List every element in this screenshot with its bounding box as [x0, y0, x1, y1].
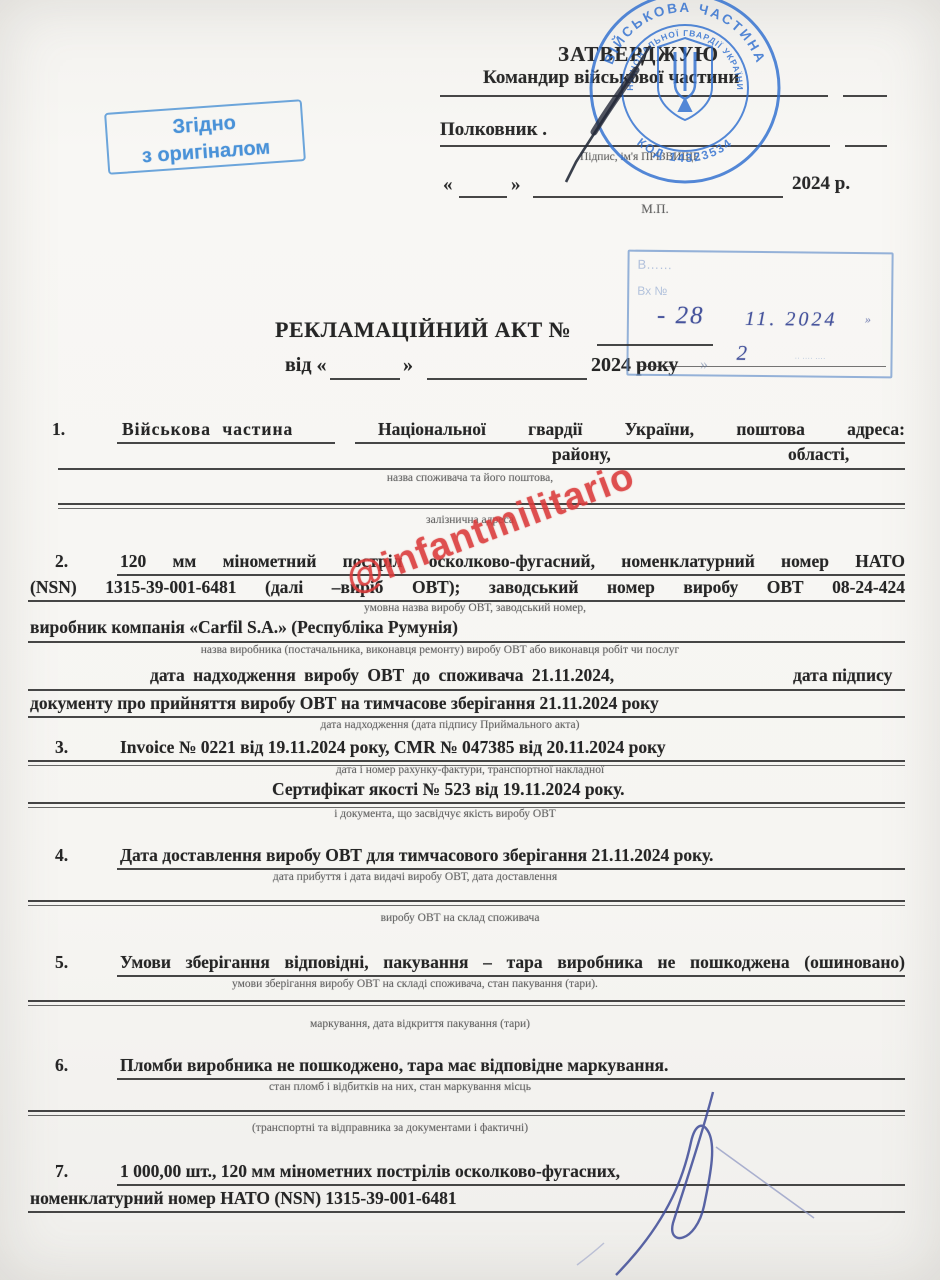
- handwritten-count: 2: [736, 341, 747, 366]
- handwritten-mark: »: [865, 312, 871, 327]
- title-quote-close: »: [403, 354, 413, 377]
- trident-emblem-icon: [658, 38, 712, 120]
- item4-line1: Дата доставлення виробу ОВТ для тимчасов…: [120, 845, 713, 866]
- item2-line4a: дата надходження виробу ОВТ до споживача…: [150, 665, 614, 686]
- rule-line: [640, 366, 886, 367]
- rule-line: [117, 1184, 905, 1186]
- double-rule: [28, 1110, 905, 1116]
- item7-line1: 1 000,00 шт., 120 мм мінометних пострілі…: [120, 1161, 620, 1182]
- stamp-faint-line1: В……: [637, 257, 672, 272]
- date-quote-close: »: [511, 174, 521, 196]
- rule-line: [28, 716, 905, 718]
- stamp-faint-line2: Вх №: [637, 284, 667, 298]
- item7-number: 7.: [55, 1161, 68, 1182]
- double-rule: [28, 1000, 905, 1006]
- document-title: РЕКЛАМАЦІЙНИЙ АКТ №: [275, 317, 571, 343]
- rule-line: [845, 145, 887, 147]
- stamp-tiny-text: ·· ···· ····: [794, 353, 825, 362]
- item6-caption1: стан пломб і відбитків на них, стан марк…: [250, 1081, 550, 1093]
- item5-number: 5.: [55, 952, 68, 973]
- item6-line1: Пломби виробника не пошкоджено, тара має…: [120, 1055, 668, 1076]
- item2-line3: виробник компанія «Carfil S.A.» (Республ…: [30, 617, 458, 638]
- item2-caption3: дата надходження (дата підпису Приймальн…: [280, 719, 620, 731]
- item2-line5: документу про прийняття виробу ОВТ на ти…: [30, 693, 659, 714]
- rule-line: [117, 574, 905, 576]
- item4-caption1: дата прибуття і дата видачі виробу ОВТ, …: [200, 871, 630, 883]
- rule-line: [330, 378, 400, 380]
- item1-part1: Військова частина: [122, 419, 293, 440]
- rule-line: [117, 442, 335, 444]
- item2-line4b: дата підпису: [793, 665, 892, 686]
- item3-line1: Invoice № 0221 від 19.11.2024 року, CMR …: [120, 737, 666, 758]
- handwritten-date: 11. 2024: [745, 308, 838, 332]
- title-from-word: від «: [285, 354, 326, 377]
- item2-line2: (NSN) 1315-39-001-6481 (далі –виріб ОВТ)…: [30, 577, 905, 598]
- item6-caption2: (транспортні та відправника за документа…: [180, 1122, 600, 1134]
- item2-caption1: умовна назва виробу ОВТ, заводський номе…: [300, 602, 650, 614]
- round-unit-seal: ВІЙСЬКОВА ЧАСТИНА НАЦІОНАЛЬНОЇ ГВАРДІЇ У…: [535, 0, 835, 238]
- item2-number: 2.: [55, 551, 68, 572]
- item1-part3: району,: [552, 444, 611, 465]
- rule-line: [597, 344, 713, 346]
- rule-line: [117, 1078, 905, 1080]
- item1-number: 1.: [52, 419, 65, 440]
- certified-copy-stamp: Згідно з оригіналом: [104, 99, 306, 175]
- item6-number: 6.: [55, 1055, 68, 1076]
- rule-line: [427, 378, 587, 380]
- item3-number: 3.: [55, 737, 68, 758]
- handwritten-act-number: - 28: [657, 302, 705, 330]
- rule-line: [28, 641, 905, 643]
- item3-caption1: дата і номер рахунку-фактури, транспортн…: [280, 764, 660, 776]
- rank-line: Полковник .: [440, 119, 547, 141]
- item5-caption1: умови зберігання виробу ОВТ на складі сп…: [205, 978, 625, 990]
- item4-number: 4.: [55, 845, 68, 866]
- item3-line2: Сертифікат якості № 523 від 19.11.2024 р…: [272, 779, 625, 800]
- rule-line: [843, 95, 887, 97]
- item3-caption2: і документа, що засвідчує якість виробу …: [270, 808, 620, 820]
- item4-caption2: виробу ОВТ на склад споживача: [310, 912, 610, 924]
- rule-line: [117, 975, 905, 977]
- double-rule: [28, 900, 905, 906]
- title-trail-mark: »: [700, 356, 708, 374]
- rule-line: [28, 1211, 905, 1213]
- rule-line: [117, 868, 905, 870]
- rule-line: [28, 689, 905, 691]
- item1-part2: Національної гвардії України, поштова ад…: [378, 419, 905, 440]
- item2-line1: 120 мм мінометний постріл осколково-фуга…: [120, 551, 905, 572]
- item2-caption2: назва виробника (постачальника, виконавц…: [70, 644, 810, 656]
- rule-line: [459, 196, 507, 198]
- item1-part4: області,: [788, 444, 849, 465]
- date-quote-open: «: [443, 174, 453, 196]
- item7-line2: номенклатурний номер НАТО (NSN) 1315-39-…: [30, 1188, 457, 1209]
- item5-line1: Умови зберігання відповідні, пакування –…: [120, 952, 905, 973]
- rule-line: [58, 468, 905, 470]
- item5-caption2: маркування, дата відкриття пакування (та…: [280, 1018, 560, 1030]
- scanned-document-page: Згідно з оригіналом ЗАТВЕРДЖУЮ Командир …: [0, 0, 940, 1280]
- incoming-registration-stamp: В…… Вх № - 28 11. 2024 » 2 ·· ···· ····: [626, 250, 893, 379]
